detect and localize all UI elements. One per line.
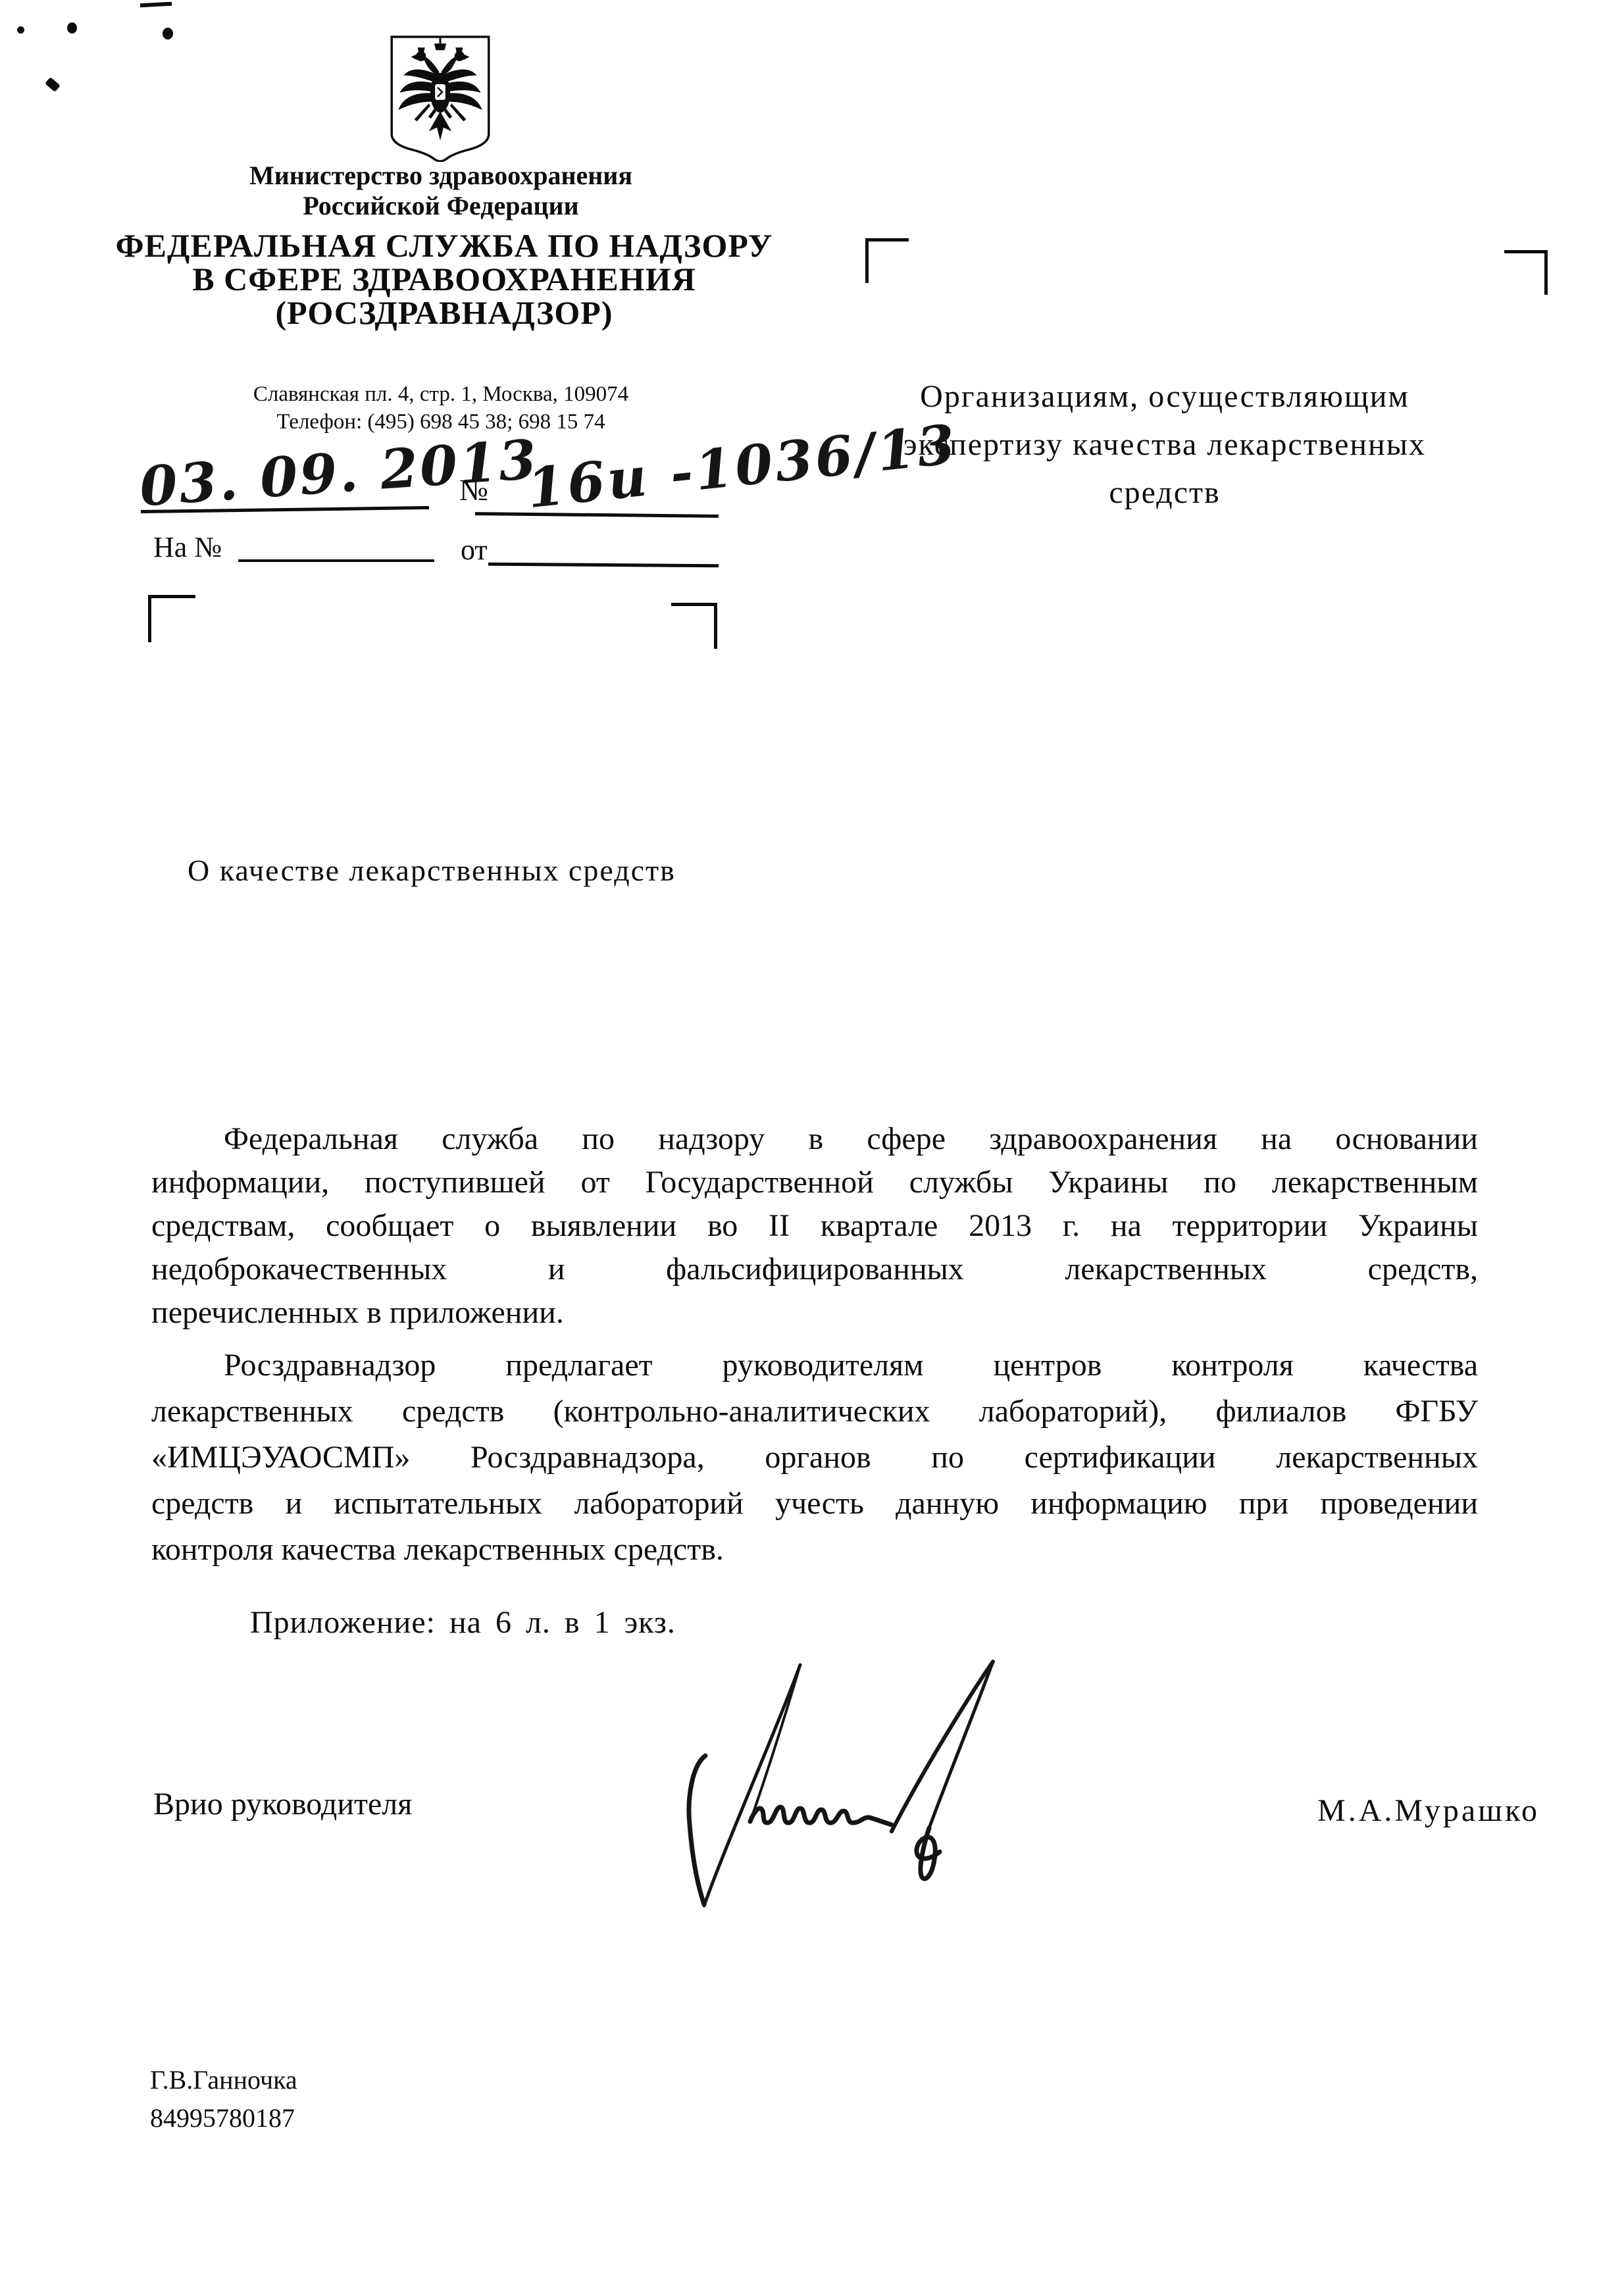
numero-sign: № bbox=[459, 472, 488, 507]
org-address: Славянская пл. 4, стр. 1, Москва, 109074 bbox=[178, 380, 704, 408]
addressee-line1: Организациям, осуществляющим bbox=[849, 372, 1481, 421]
service-name-line1: ФЕДЕРАЛЬНАЯ СЛУЖБА ПО НАДЗОРУ bbox=[112, 229, 776, 263]
executor-phone: 84995780187 bbox=[150, 2099, 297, 2137]
stamp-corner-top-bar bbox=[148, 595, 195, 598]
attachment-note: Приложение: на 6 л. в 1 экз. bbox=[250, 1604, 676, 1641]
body-line: средствам, сообщает о выявлении во II кв… bbox=[151, 1204, 1478, 1248]
body-line: лекарственных средств (контрольно-аналит… bbox=[151, 1389, 1478, 1435]
outgoing-number-underline bbox=[475, 512, 719, 518]
service-name: ФЕДЕРАЛЬНАЯ СЛУЖБА ПО НАДЗОРУ В СФЕРЕ ЗД… bbox=[112, 229, 776, 330]
body-line: средств и испытательных лабораторий учес… bbox=[151, 1481, 1478, 1527]
double-headed-eagle-icon bbox=[387, 34, 494, 162]
body-line: перечисленных в приложении. bbox=[151, 1291, 1478, 1335]
addressee-corner-side-bar-right bbox=[1544, 250, 1548, 295]
body-line: Федеральная служба по надзору в сфере зд… bbox=[151, 1117, 1478, 1161]
scan-speck bbox=[45, 77, 61, 92]
service-name-line3: (РОСЗДРАВНАДЗОР) bbox=[112, 296, 776, 330]
body-line: недоброкачественных и фальсифицированных… bbox=[151, 1248, 1478, 1291]
addressee-block: Организациям, осуществляющим экспертизу … bbox=[849, 372, 1481, 517]
letterhead-contacts: Славянская пл. 4, стр. 1, Москва, 109074… bbox=[178, 380, 704, 436]
coat-of-arms-emblem bbox=[387, 34, 494, 162]
subject-line: О качестве лекарственных средств bbox=[188, 853, 676, 888]
addressee-corner-top-bar-right bbox=[1504, 250, 1548, 253]
reply-from-label: от bbox=[461, 533, 488, 567]
ministry-name-line1: Министерство здравоохранения bbox=[178, 161, 704, 191]
reply-number-underline bbox=[238, 559, 434, 562]
scan-speck bbox=[67, 22, 77, 34]
signatory-name: М.А.Мурашко bbox=[1250, 1793, 1540, 1829]
ministry-name: Министерство здравоохранения Российской … bbox=[178, 161, 704, 221]
signatory-position: Врио руководителя bbox=[153, 1786, 412, 1822]
service-name-line2: В СФЕРЕ ЗДРАВООХРАНЕНИЯ bbox=[112, 263, 776, 296]
addressee-corner-top-bar bbox=[865, 238, 909, 242]
paragraph-2: Росздравнадзор предлагает руководителям … bbox=[151, 1342, 1478, 1573]
addressee-corner-side-bar bbox=[865, 238, 869, 283]
scan-speck bbox=[163, 28, 173, 39]
addressee-line2: экспертизу качества лекарственных bbox=[849, 421, 1481, 469]
stamp-corner-side-bar bbox=[148, 595, 151, 642]
addressee-line3: средств bbox=[849, 469, 1481, 517]
reply-number-label: На № bbox=[153, 530, 222, 564]
ministry-name-line2: Российской Федерации bbox=[178, 191, 704, 221]
handwritten-signature bbox=[671, 1645, 1013, 1935]
scan-streak bbox=[140, 2, 172, 8]
body-line: контроля качества лекарственных средств. bbox=[151, 1527, 1478, 1573]
stamp-corner-side-bar-right bbox=[714, 603, 717, 649]
scan-speck bbox=[17, 26, 24, 34]
executor-block: Г.В.Ганночка 84995780187 bbox=[150, 2061, 297, 2137]
org-phone: Телефон: (495) 698 45 38; 698 15 74 bbox=[178, 408, 704, 436]
body-line: Росздравнадзор предлагает руководителям … bbox=[151, 1342, 1478, 1389]
scanned-letter-page: Министерство здравоохранения Российской … bbox=[0, 0, 1624, 2294]
paragraph-1: Федеральная служба по надзору в сфере зд… bbox=[151, 1117, 1478, 1335]
executor-name: Г.В.Ганночка bbox=[150, 2061, 297, 2099]
body-line: информации, поступившей от Государственн… bbox=[151, 1161, 1478, 1204]
body-line: «ИМЦЭУАОСМП» Росздравнадзора, органов по… bbox=[151, 1435, 1478, 1481]
stamp-corner-top-bar-right bbox=[671, 603, 717, 606]
signature-icon bbox=[671, 1645, 1013, 1935]
reply-date-underline bbox=[488, 563, 719, 567]
